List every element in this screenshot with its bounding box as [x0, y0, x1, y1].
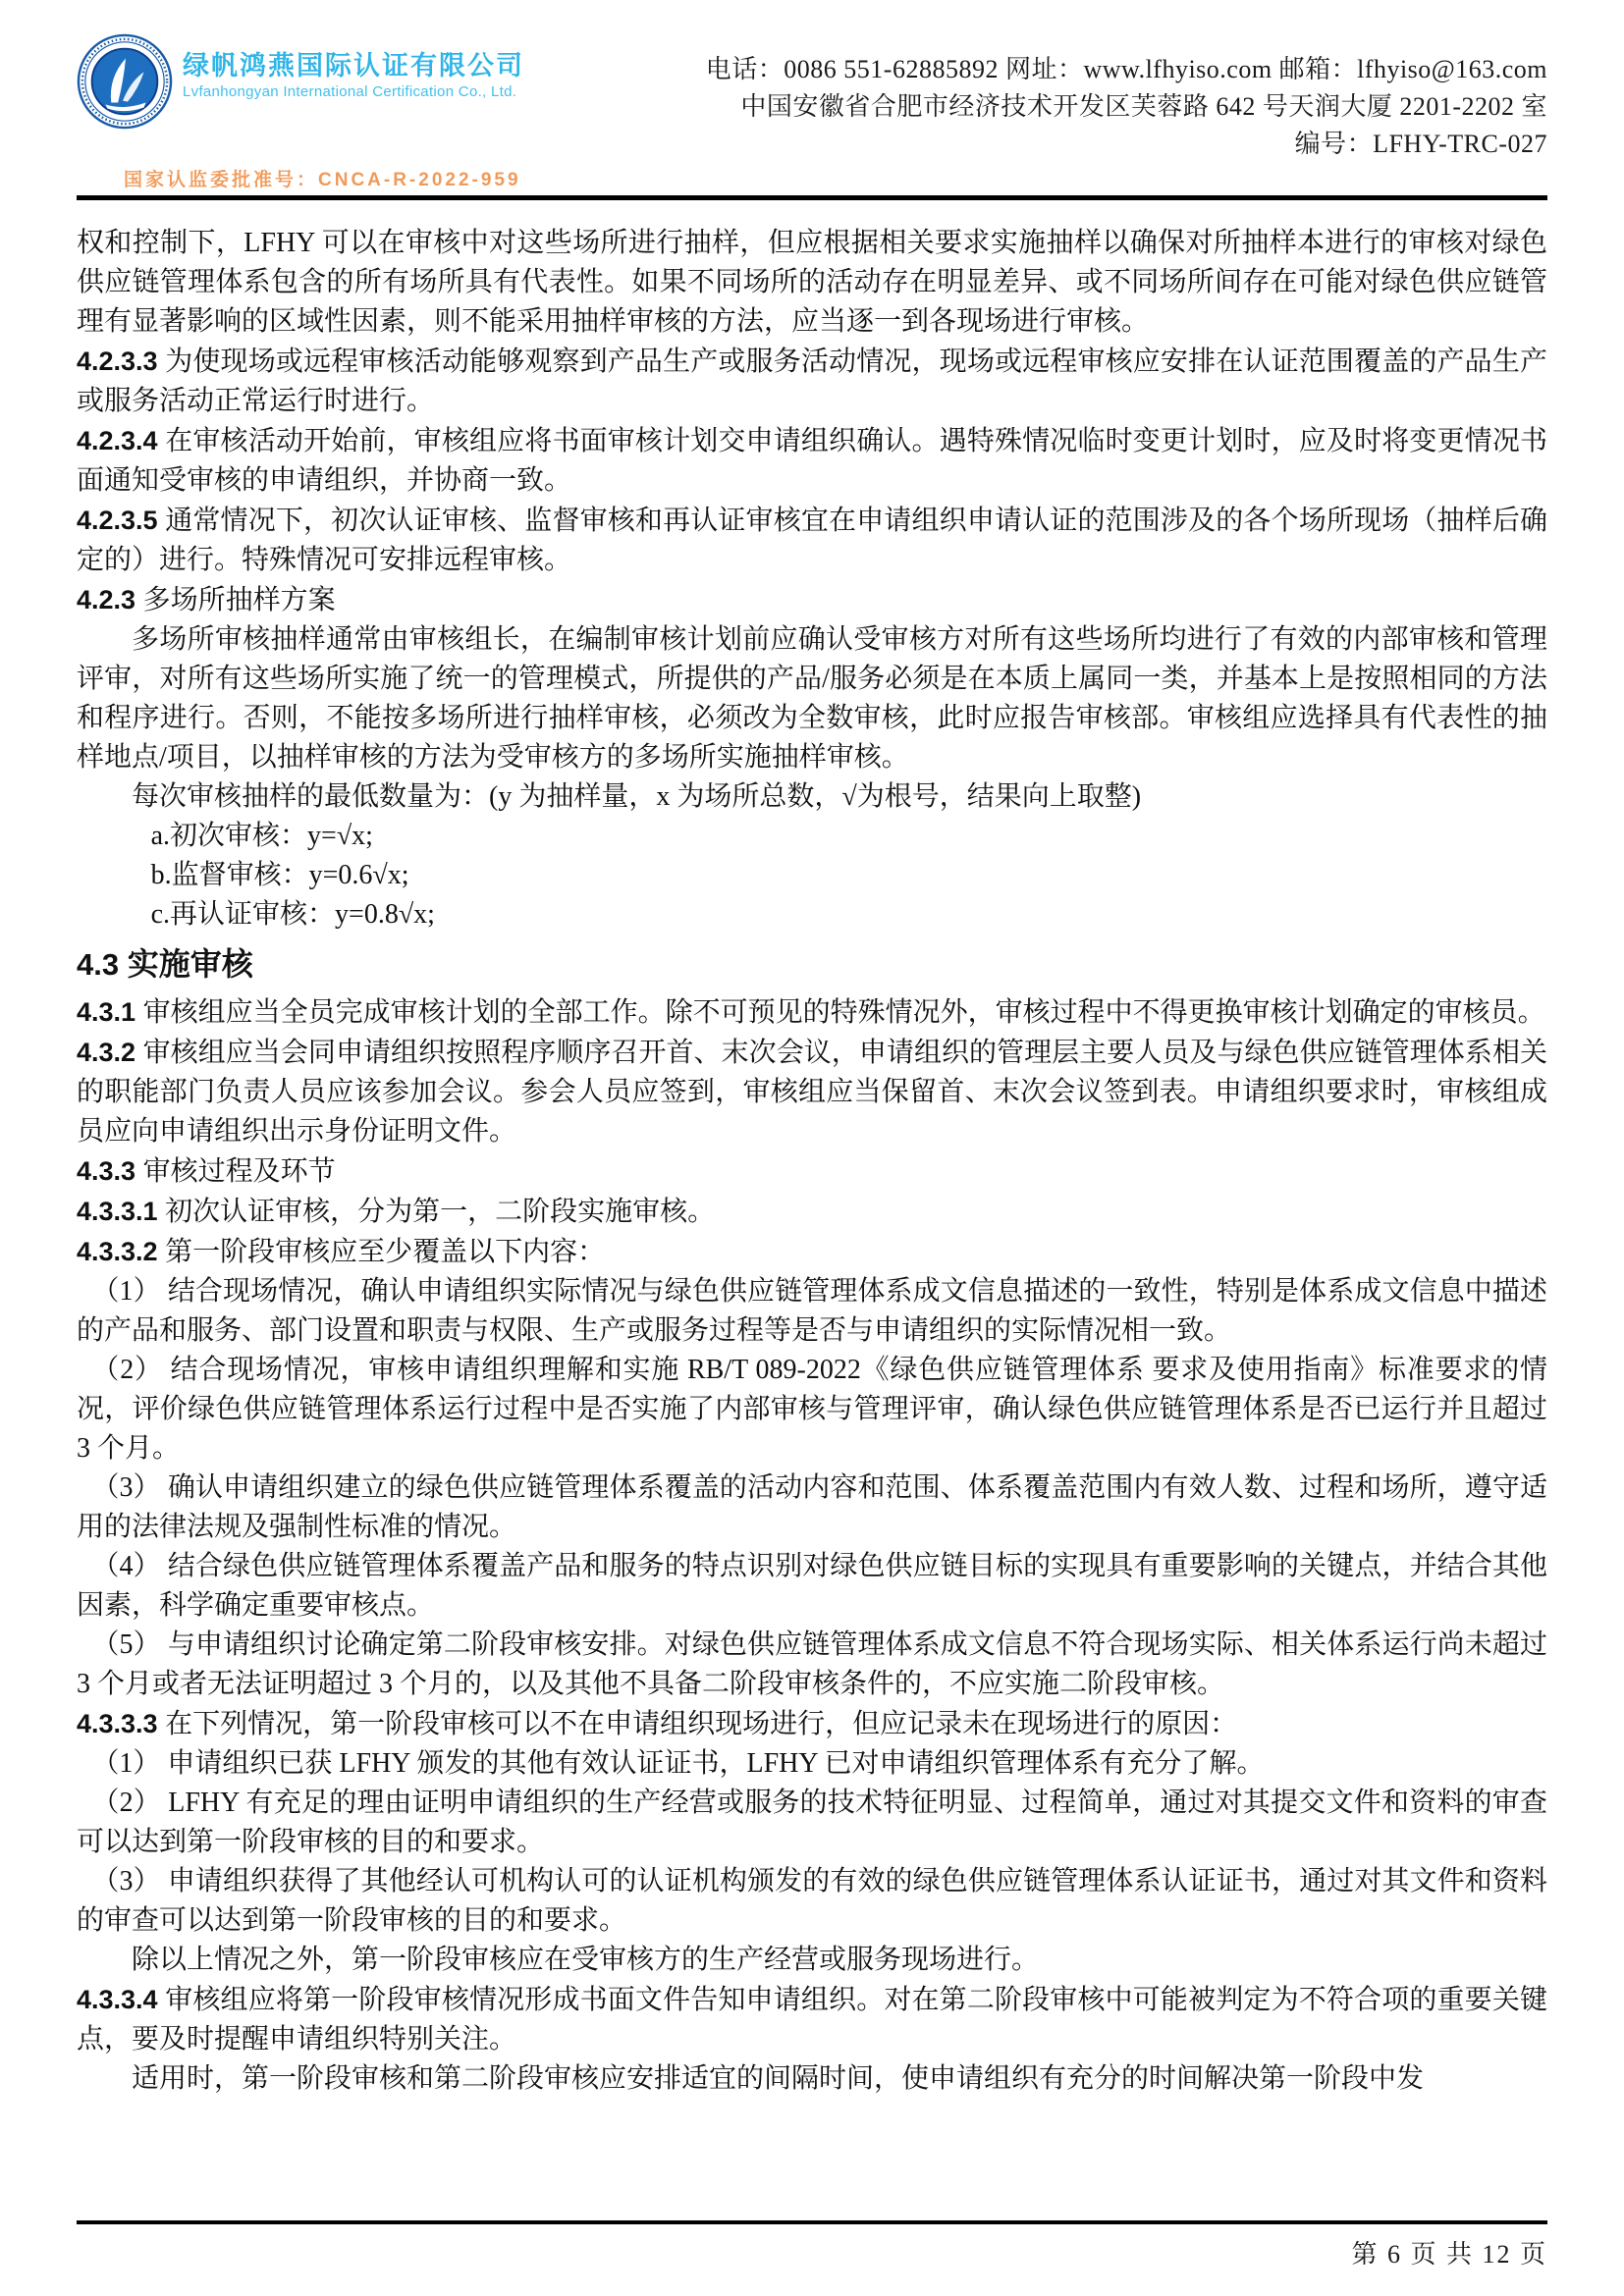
section-number: 4.3.3.2 — [77, 1237, 165, 1266]
contact-line-address: 中国安徽省合肥市经济技术开发区芙蓉路 642 号天润大厦 2201-2202 室 — [706, 88, 1547, 126]
paragraph: 4.2.3.3 为使现场或远程审核活动能够观察到产品生产或服务活动情况，现场或远… — [77, 342, 1547, 421]
section-number: 4.2.3.3 — [77, 347, 165, 376]
paragraph: （2） LFHY 有充足的理由证明申请组织的生产经营或服务的技术特征明显、过程简… — [77, 1784, 1547, 1862]
paragraph: 4.2.3.4 在审核活动开始前，审核组应将书面审核计划交申请组织确认。遇特殊情… — [77, 421, 1547, 501]
section-number: 4.3.3.4 — [77, 1985, 165, 2014]
paragraph: 每次审核抽样的最低数量为：(y 为抽样量，x 为场所总数，√为根号，结果向上取整… — [77, 777, 1547, 817]
paragraph: 多场所审核抽样通常由审核组长，在编制审核计划前应确认受审核方对所有这些场所均进行… — [77, 620, 1547, 777]
approval-number: 国家认监委批准号：CNCA-R-2022-959 — [124, 165, 1547, 191]
paragraph: 4.3.1 审核组应当全员完成审核计划的全部工作。除不可预见的特殊情况外，审核过… — [77, 992, 1547, 1033]
document-footer: 第 6 页 共 12 页 — [77, 2220, 1547, 2270]
paragraph: 4.3.3.4 审核组应将第一阶段审核情况形成书面文件告知申请组织。对在第二阶段… — [77, 1980, 1547, 2059]
company-name-zh: 绿帆鸿燕国际认证有限公司 — [183, 49, 524, 83]
paragraph: 4.3.3.3 在下列情况，第一阶段审核可以不在申请组织现场进行，但应记录未在现… — [77, 1704, 1547, 1744]
section-number: 4.3.3.1 — [77, 1197, 165, 1226]
contact-line-phone-web-email: 电话：0086 551-62885892 网址：www.lfhyiso.com … — [706, 51, 1547, 88]
section-number: 4.3 — [77, 947, 128, 982]
paragraph: （2） 结合现场情况，审核申请组织理解和实施 RB/T 089-2022《绿色供… — [77, 1351, 1547, 1468]
paragraph: （1） 申请组织已获 LFHY 颁发的其他有效认证证书，LFHY 已对申请组织管… — [77, 1744, 1547, 1784]
paragraph: 适用时，第一阶段审核和第二阶段审核应安排适宜的间隔时间，使申请组织有充分的时间解… — [77, 2059, 1547, 2099]
paragraph: （3） 申请组织获得了其他经认可机构认可的认证机构颁发的有效的绿色供应链管理体系… — [77, 1862, 1547, 1941]
paragraph: 4.2.3.5 通常情况下，初次认证审核、监督审核和再认证审核宜在申请组织申请认… — [77, 501, 1547, 580]
company-name-en: Lvfanhongyan International Certification… — [183, 83, 524, 100]
paragraph: c.再认证审核：y=0.8√x; — [151, 895, 1547, 934]
company-logo: 绿帆鸿燕国际认证有限公司 Lvfanhongyan International … — [77, 33, 524, 130]
document-header: 绿帆鸿燕国际认证有限公司 Lvfanhongyan International … — [0, 0, 1624, 200]
section-number: 4.2.3 — [77, 585, 143, 614]
section-number: 4.3.3 — [77, 1156, 143, 1186]
sailboat-globe-emblem-icon — [77, 33, 173, 130]
paragraph: （5） 与申请组织讨论确定第二阶段审核安排。对绿色供应链管理体系成文信息不符合现… — [77, 1626, 1547, 1704]
paragraph: （4） 结合绿色供应链管理体系覆盖产品和服务的特点识别对绿色供应链目标的实现具有… — [77, 1547, 1547, 1626]
paragraph: 4.3.3.2 第一阶段审核应至少覆盖以下内容： — [77, 1232, 1547, 1272]
paragraph: （1） 结合现场情况，确认申请组织实际情况与绿色供应链管理体系成文信息描述的一致… — [77, 1272, 1547, 1351]
section-heading: 4.3 实施审核 — [77, 942, 1547, 987]
document-body: 权和控制下，LFHY 可以在审核中对这些场所进行抽样，但应根据相关要求实施抽样以… — [0, 200, 1624, 2099]
paragraph: （3） 确认申请组织建立的绿色供应链管理体系覆盖的活动内容和范围、体系覆盖范围内… — [77, 1468, 1547, 1547]
section-number: 4.3.3.3 — [77, 1709, 165, 1738]
paragraph: 权和控制下，LFHY 可以在审核中对这些场所进行抽样，但应根据相关要求实施抽样以… — [77, 224, 1547, 342]
section-number: 4.3.2 — [77, 1038, 143, 1067]
paragraph: 4.3.2 审核组应当会同申请组织按照程序顺序召开首、末次会议，申请组织的管理层… — [77, 1033, 1547, 1151]
paragraph: 4.3.3 审核过程及环节 — [77, 1151, 1547, 1192]
paragraph: 4.2.3 多场所抽样方案 — [77, 580, 1547, 620]
paragraph: 除以上情况之外，第一阶段审核应在受审核方的生产经营或服务现场进行。 — [77, 1941, 1547, 1980]
paragraph: a.初次审核：y=√x; — [151, 817, 1547, 856]
document-number: 编号：LFHY-TRC-027 — [706, 126, 1547, 163]
paragraph: b.监督审核：y=0.6√x; — [151, 856, 1547, 895]
section-number: 4.3.1 — [77, 997, 143, 1027]
document-page: 绿帆鸿燕国际认证有限公司 Lvfanhongyan International … — [0, 0, 1624, 2296]
page-number-info: 第 6 页 共 12 页 — [77, 2224, 1547, 2270]
section-number: 4.2.3.4 — [77, 426, 165, 455]
contact-block: 电话：0086 551-62885892 网址：www.lfhyiso.com … — [706, 33, 1547, 163]
section-number: 4.2.3.5 — [77, 506, 165, 535]
paragraph: 4.3.3.1 初次认证审核，分为第一，二阶段实施审核。 — [77, 1192, 1547, 1232]
